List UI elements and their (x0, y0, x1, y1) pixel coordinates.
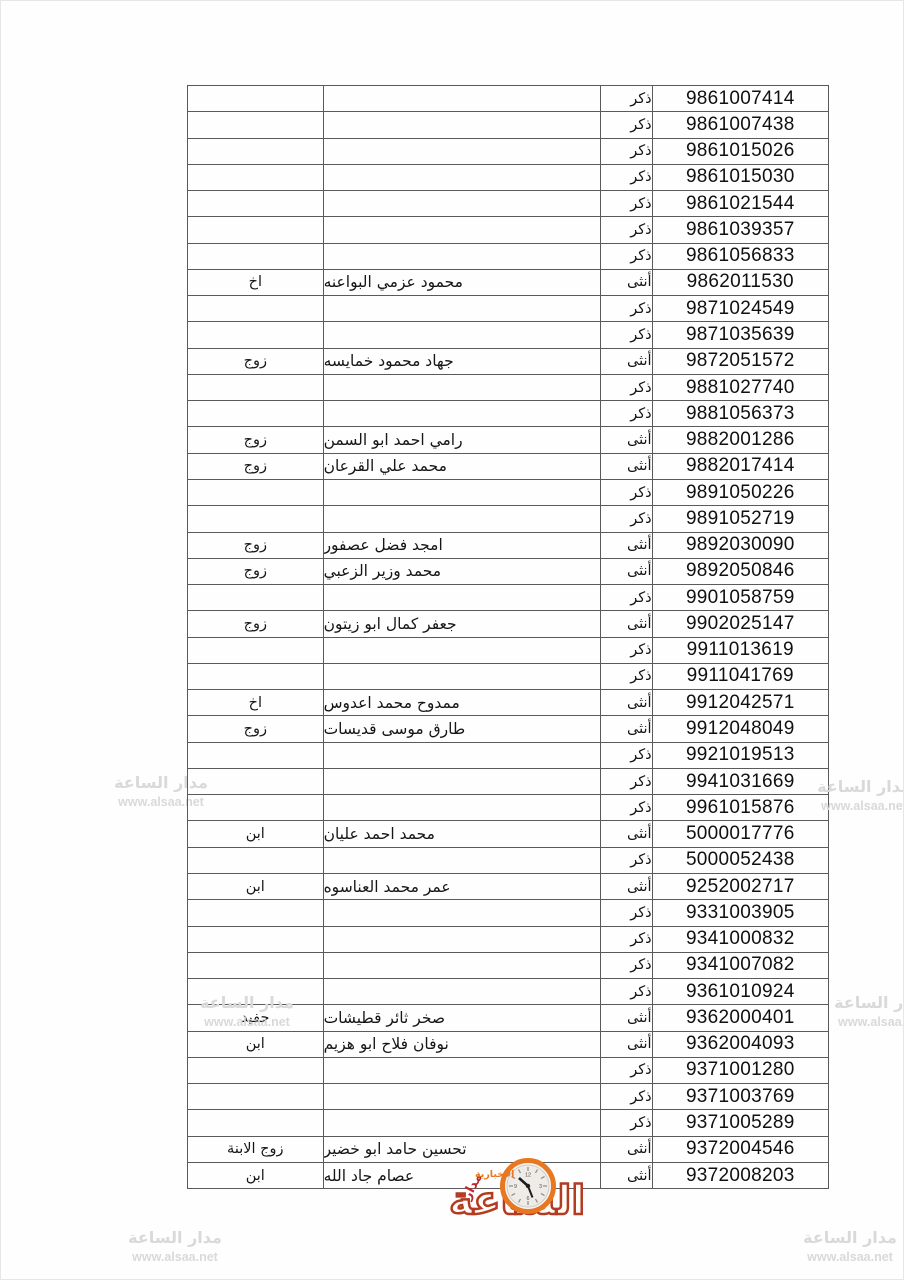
watermark: مدار الساعة www.alsaa.net (177, 993, 317, 1030)
cell-gender: ذكر (601, 953, 653, 978)
cell-name (324, 375, 601, 400)
cell-relationship (188, 296, 324, 321)
cell-national-id: 9921019513 (653, 743, 828, 768)
table-row: ذكر9371003769 (188, 1084, 828, 1110)
logo-akhbaria-text: الاخبارية (475, 1169, 514, 1180)
table-row: ذكر9861007414 (188, 86, 828, 112)
cell-gender: أنثى (601, 821, 653, 846)
cell-relationship: اخ (188, 270, 324, 295)
cell-gender: ذكر (601, 139, 653, 164)
cell-national-id: 9891052719 (653, 506, 828, 531)
cell-name (324, 480, 601, 505)
cell-relationship (188, 638, 324, 663)
cell-name (324, 1058, 601, 1083)
cell-relationship: ابن (188, 874, 324, 899)
cell-name: محمود عزمي البواعنه (324, 270, 601, 295)
table-row: زوجمحمد علي القرعانأنثى9882017414 (188, 454, 828, 480)
cell-relationship: ابن (188, 1163, 324, 1188)
cell-relationship: زوج (188, 716, 324, 741)
cell-relationship (188, 1058, 324, 1083)
table-row: ذكر9911013619 (188, 638, 828, 664)
table-row: ابننوفان فلاح ابو هزيمأنثى9362004093 (188, 1032, 828, 1058)
table-row: ذكر9861015030 (188, 165, 828, 191)
cell-national-id: 9892030090 (653, 533, 828, 558)
table-row: زوججهاد محمود خمايسهأنثى9872051572 (188, 349, 828, 375)
table-row: زوجرامي احمد ابو السمنأنثى9882001286 (188, 427, 828, 453)
cell-national-id: 9871035639 (653, 322, 828, 347)
cell-national-id: 5000052438 (653, 848, 828, 873)
cell-gender: ذكر (601, 585, 653, 610)
table-row: ذكر9861039357 (188, 217, 828, 243)
watermark: مدار الساعة www.alsaa.net (780, 1228, 904, 1265)
cell-gender: أنثى (601, 611, 653, 636)
cell-name: محمد وزير الزعبي (324, 559, 601, 584)
cell-national-id: 9882001286 (653, 427, 828, 452)
cell-name (324, 979, 601, 1004)
cell-relationship: زوج (188, 559, 324, 584)
cell-gender: ذكر (601, 927, 653, 952)
cell-gender: ذكر (601, 112, 653, 137)
table-row: ذكر9341007082 (188, 953, 828, 979)
cell-relationship (188, 953, 324, 978)
cell-relationship (188, 244, 324, 269)
cell-relationship (188, 139, 324, 164)
cell-relationship: ابن (188, 821, 324, 846)
clock-icon: 126 39 (499, 1157, 557, 1215)
cell-gender: ذكر (601, 664, 653, 689)
table-row: زوجامجد فضل عصفورأنثى9892030090 (188, 533, 828, 559)
table-row: ذكر9871024549 (188, 296, 828, 322)
cell-relationship (188, 1084, 324, 1109)
cell-relationship (188, 112, 324, 137)
cell-name (324, 401, 601, 426)
cell-gender: ذكر (601, 1084, 653, 1109)
watermark-title: مدار الساعة (105, 1228, 245, 1249)
cell-relationship (188, 900, 324, 925)
table-row: ذكر9941031669 (188, 769, 828, 795)
cell-name (324, 244, 601, 269)
cell-national-id: 9902025147 (653, 611, 828, 636)
cell-relationship (188, 927, 324, 952)
cell-relationship (188, 480, 324, 505)
cell-name: محمد احمد عليان (324, 821, 601, 846)
cell-national-id: 9912042571 (653, 690, 828, 715)
table-row: زوججعفر كمال ابو زيتونأنثى9902025147 (188, 611, 828, 637)
cell-national-id: 9861021544 (653, 191, 828, 216)
cell-national-id: 9361010924 (653, 979, 828, 1004)
cell-gender: ذكر (601, 769, 653, 794)
table-row: ذكر9961015876 (188, 795, 828, 821)
cell-name (324, 769, 601, 794)
table-row: ذكر9371001280 (188, 1058, 828, 1084)
cell-national-id: 9861056833 (653, 244, 828, 269)
watermark-title: مدار الساعة (811, 993, 904, 1014)
cell-relationship (188, 191, 324, 216)
table-row: ذكر9911041769 (188, 664, 828, 690)
cell-relationship: زوج (188, 349, 324, 374)
cell-national-id: 9362004093 (653, 1032, 828, 1057)
cell-name (324, 217, 601, 242)
table-row: ذكر9331003905 (188, 900, 828, 926)
cell-gender: ذكر (601, 795, 653, 820)
table-row: ذكر5000052438 (188, 848, 828, 874)
cell-name (324, 664, 601, 689)
svg-text:3: 3 (539, 1184, 542, 1190)
table-row: ذكر9861056833 (188, 244, 828, 270)
cell-relationship (188, 375, 324, 400)
table-row: ذكر9891052719 (188, 506, 828, 532)
cell-relationship (188, 848, 324, 873)
cell-gender: ذكر (601, 322, 653, 347)
watermark-url: www.alsaa.net (794, 798, 904, 814)
cell-national-id: 9901058759 (653, 585, 828, 610)
cell-national-id: 9341007082 (653, 953, 828, 978)
cell-national-id: 9372004546 (653, 1137, 828, 1162)
cell-name: طارق موسى قديسات (324, 716, 601, 741)
cell-gender: ذكر (601, 1110, 653, 1135)
cell-gender: أنثى (601, 690, 653, 715)
cell-national-id: 9911041769 (653, 664, 828, 689)
cell-gender: ذكر (601, 480, 653, 505)
cell-relationship: زوج (188, 454, 324, 479)
table-row: ذكر9871035639 (188, 322, 828, 348)
cell-name (324, 506, 601, 531)
cell-name (324, 1084, 601, 1109)
cell-name (324, 953, 601, 978)
svg-text:9: 9 (514, 1184, 517, 1190)
watermark-url: www.alsaa.net (177, 1014, 317, 1030)
watermark: مدار الساعة www.alsaa.net (105, 1228, 245, 1265)
cell-name: محمد علي القرعان (324, 454, 601, 479)
cell-gender: أنثى (601, 533, 653, 558)
cell-gender: أنثى (601, 1005, 653, 1030)
cell-gender: أنثى (601, 874, 653, 899)
cell-name: ممدوح محمد اعدوس (324, 690, 601, 715)
cell-name (324, 191, 601, 216)
cell-name: جعفر كمال ابو زيتون (324, 611, 601, 636)
cell-name (324, 322, 601, 347)
cell-relationship (188, 506, 324, 531)
cell-national-id: 9861039357 (653, 217, 828, 242)
cell-gender: أنثى (601, 559, 653, 584)
table-row: ذكر9371005289 (188, 1110, 828, 1136)
cell-national-id: 9861007438 (653, 112, 828, 137)
cell-national-id: 5000017776 (653, 821, 828, 846)
cell-national-id: 9861007414 (653, 86, 828, 111)
cell-national-id: 9371003769 (653, 1084, 828, 1109)
cell-relationship: اخ (188, 690, 324, 715)
watermark-url: www.alsaa.net (105, 1249, 245, 1265)
cell-national-id: 9362000401 (653, 1005, 828, 1030)
cell-gender: ذكر (601, 900, 653, 925)
cell-name (324, 139, 601, 164)
cell-name: عمر محمد العناسوه (324, 874, 601, 899)
cell-national-id: 9891050226 (653, 480, 828, 505)
table-row: ذكر9881027740 (188, 375, 828, 401)
cell-relationship (188, 217, 324, 242)
table-row: ذكر9901058759 (188, 585, 828, 611)
cell-gender: ذكر (601, 375, 653, 400)
cell-national-id: 9871024549 (653, 296, 828, 321)
cell-relationship (188, 769, 324, 794)
cell-gender: ذكر (601, 848, 653, 873)
cell-national-id: 9862011530 (653, 270, 828, 295)
cell-name (324, 638, 601, 663)
table-row: اخمحمود عزمي البواعنهأنثى9862011530 (188, 270, 828, 296)
watermark-url: www.alsaa.net (780, 1249, 904, 1265)
cell-name (324, 1110, 601, 1135)
table-row: ذكر9891050226 (188, 480, 828, 506)
cell-relationship (188, 165, 324, 190)
cell-name (324, 112, 601, 137)
cell-gender: ذكر (601, 217, 653, 242)
cell-gender: ذكر (601, 506, 653, 531)
cell-name: رامي احمد ابو السمن (324, 427, 601, 452)
cell-name (324, 900, 601, 925)
cell-national-id: 9881027740 (653, 375, 828, 400)
cell-gender: ذكر (601, 979, 653, 1004)
table-row: ذكر9341000832 (188, 927, 828, 953)
cell-national-id: 9861015026 (653, 139, 828, 164)
cell-relationship (188, 1110, 324, 1135)
cell-gender: أنثى (601, 349, 653, 374)
cell-national-id: 9912048049 (653, 716, 828, 741)
table-row: ابنعمر محمد العناسوهأنثى9252002717 (188, 874, 828, 900)
cell-name (324, 86, 601, 111)
cell-national-id: 9861015030 (653, 165, 828, 190)
cell-relationship (188, 322, 324, 347)
cell-relationship (188, 795, 324, 820)
cell-gender: ذكر (601, 743, 653, 768)
cell-national-id: 9371005289 (653, 1110, 828, 1135)
watermark-title: مدار الساعة (177, 993, 317, 1014)
cell-gender: ذكر (601, 1058, 653, 1083)
cell-gender: أنثى (601, 1032, 653, 1057)
table-row: ابنمحمد احمد عليانأنثى5000017776 (188, 821, 828, 847)
watermark: مدار الساعة www.alsaa.net (811, 993, 904, 1030)
cell-name (324, 743, 601, 768)
cell-relationship: زوج (188, 611, 324, 636)
cell-national-id: 9252002717 (653, 874, 828, 899)
cell-name: جهاد محمود خمايسه (324, 349, 601, 374)
madar-alsaa-logo: الساعة مدار الاخبارية 126 39 (431, 1153, 631, 1263)
cell-relationship (188, 401, 324, 426)
cell-name (324, 795, 601, 820)
cell-name: نوفان فلاح ابو هزيم (324, 1032, 601, 1057)
cell-national-id: 9371001280 (653, 1058, 828, 1083)
cell-name: صخر ثائر قطيشات (324, 1005, 601, 1030)
svg-text:6: 6 (526, 1196, 529, 1202)
cell-national-id: 9881056373 (653, 401, 828, 426)
cell-relationship (188, 86, 324, 111)
cell-relationship: زوج الابنة (188, 1137, 324, 1162)
cell-national-id: 9892050846 (653, 559, 828, 584)
cell-relationship: زوج (188, 427, 324, 452)
table-row: ذكر9881056373 (188, 401, 828, 427)
table-row: ذكر9861015026 (188, 139, 828, 165)
cell-gender: أنثى (601, 427, 653, 452)
cell-national-id: 9372008203 (653, 1163, 828, 1188)
cell-gender: ذكر (601, 401, 653, 426)
cell-relationship (188, 585, 324, 610)
cell-national-id: 9872051572 (653, 349, 828, 374)
cell-name (324, 165, 601, 190)
cell-relationship: زوج (188, 533, 324, 558)
cell-gender: ذكر (601, 165, 653, 190)
watermark-title: مدار الساعة (780, 1228, 904, 1249)
svg-text:12: 12 (525, 1173, 531, 1179)
cell-gender: ذكر (601, 296, 653, 321)
watermark-url: www.alsaa.net (811, 1014, 904, 1030)
cell-relationship (188, 664, 324, 689)
table-row: اخممدوح محمد اعدوسأنثى9912042571 (188, 690, 828, 716)
table-row: زوجطارق موسى قديساتأنثى9912048049 (188, 716, 828, 742)
cell-gender: ذكر (601, 86, 653, 111)
cell-gender: ذكر (601, 244, 653, 269)
cell-relationship (188, 743, 324, 768)
cell-national-id: 9911013619 (653, 638, 828, 663)
cell-national-id: 9331003905 (653, 900, 828, 925)
cell-national-id: 9882017414 (653, 454, 828, 479)
cell-relationship: ابن (188, 1032, 324, 1057)
table-row: ذكر9861021544 (188, 191, 828, 217)
table-row: ذكر9861007438 (188, 112, 828, 138)
cell-name (324, 585, 601, 610)
document-page: مدار الساعة www.alsaa.net مدار الساعة ww… (0, 0, 904, 1280)
cell-gender: أنثى (601, 716, 653, 741)
cell-gender: أنثى (601, 454, 653, 479)
cell-gender: ذكر (601, 638, 653, 663)
cell-name (324, 296, 601, 321)
cell-national-id: 9341000832 (653, 927, 828, 952)
watermark: مدار الساعة www.alsaa.net (794, 777, 904, 814)
table-row: ذكر9921019513 (188, 743, 828, 769)
watermark-title: مدار الساعة (794, 777, 904, 798)
cell-name (324, 927, 601, 952)
table-row: زوجمحمد وزير الزعبيأنثى9892050846 (188, 559, 828, 585)
cell-gender: ذكر (601, 191, 653, 216)
cell-name: امجد فضل عصفور (324, 533, 601, 558)
cell-name (324, 848, 601, 873)
cell-gender: أنثى (601, 270, 653, 295)
